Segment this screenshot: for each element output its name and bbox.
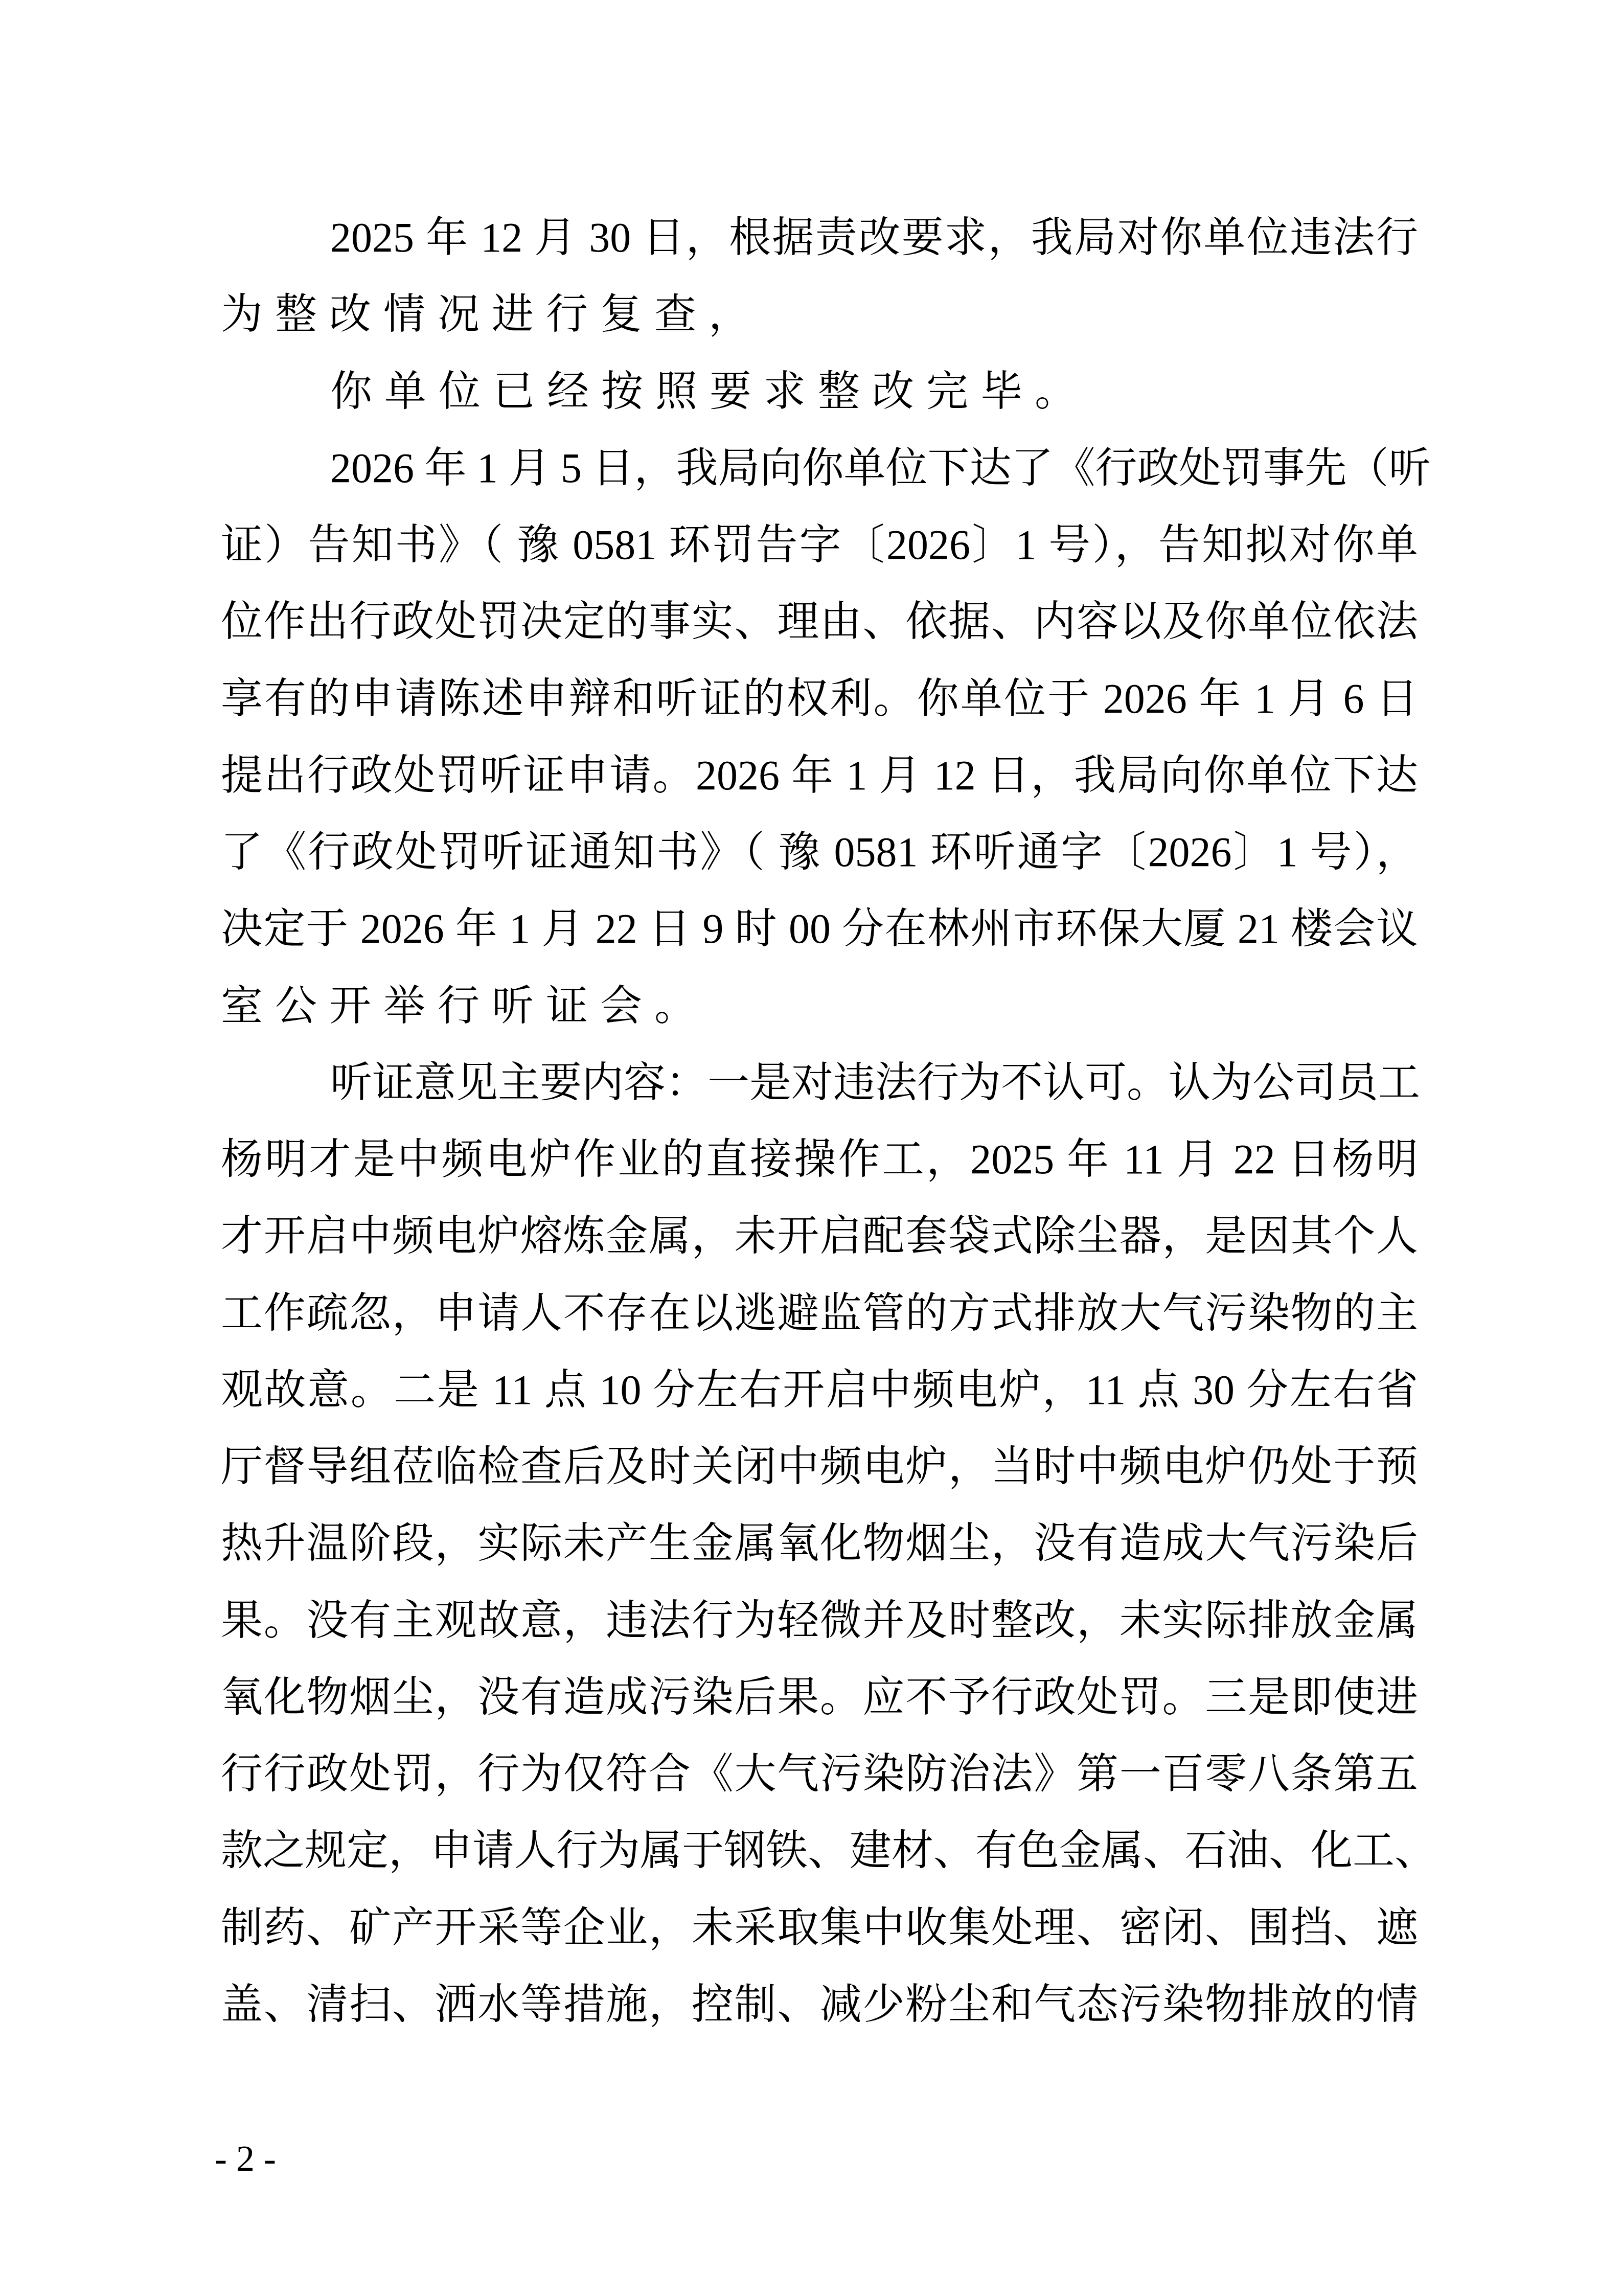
paragraph-3-line-1: 2026 年 1 月 5 日，我局向你单位下达了《行政处罚事先（听 [221, 445, 1418, 522]
paragraph-4-line-4: 工作疏忽，申请人不存在以逃避监管的方式排放大气污染物的主 [221, 1290, 1418, 1367]
paragraph-3-line-7: 决定于 2026 年 1 月 22 日 9 时 00 分在林州市环保大厦 21 … [221, 906, 1418, 983]
paragraph-4-line-3: 才开启中频电炉熔炼金属，未开启配套袋式除尘器，是因其个人 [221, 1213, 1418, 1290]
page-number: - 2 - [215, 2138, 276, 2179]
paragraph-1-line-1: 2025 年 12 月 30 日，根据责改要求，我局对你单位违法行 [221, 215, 1418, 291]
paragraph-2-line-1: 你单位已经按照要求整改完毕。 [221, 369, 1418, 445]
document-body: 2025 年 12 月 30 日，根据责改要求，我局对你单位违法行 为整改情况进… [221, 215, 1418, 2058]
paragraph-4-line-10: 行行政处罚，行为仅符合《大气污染防治法》第一百零八条第五 [221, 1751, 1418, 1828]
paragraph-3-line-8: 室公开举行听证会。 [221, 983, 1418, 1060]
paragraph-3-line-3: 位作出行政处罚决定的事实、理由、依据、内容以及你单位依法 [221, 599, 1418, 675]
paragraph-4-line-2: 杨明才是中频电炉作业的直接操作工，2025 年 11 月 22 日杨明 [221, 1136, 1418, 1213]
paragraph-4-line-11: 款之规定，申请人行为属于钢铁、建材、有色金属、石油、化工、 [221, 1828, 1418, 1904]
paragraph-3-line-5: 提出行政处罚听证申请。2026 年 1 月 12 日，我局向你单位下达 [221, 753, 1418, 829]
paragraph-3-line-6: 了《行政处罚听证通知书》（ 豫 0581 环听通字〔2026〕1 号）， [221, 829, 1418, 906]
paragraph-1-line-2: 为整改情况进行复查， [221, 291, 1418, 368]
document-page: 2025 年 12 月 30 日，根据责改要求，我局对你单位违法行 为整改情况进… [0, 0, 1622, 2296]
paragraph-4-line-1: 听证意见主要内容：一是对违法行为不认可。认为公司员工 [221, 1060, 1418, 1136]
paragraph-4-line-5: 观故意。二是 11 点 10 分左右开启中频电炉，11 点 30 分左右省 [221, 1367, 1418, 1444]
paragraph-4-line-13: 盖、清扫、洒水等措施，控制、减少粉尘和气态污染物排放的情 [221, 1982, 1418, 2058]
paragraph-4-line-6: 厅督导组莅临检查后及时关闭中频电炉，当时中频电炉仍处于预 [221, 1444, 1418, 1520]
paragraph-4-line-8: 果。没有主观故意，违法行为轻微并及时整改，未实际排放金属 [221, 1598, 1418, 1674]
paragraph-4-line-9: 氧化物烟尘，没有造成污染后果。应不予行政处罚。三是即使进 [221, 1674, 1418, 1751]
paragraph-3-line-4: 享有的申请陈述申辩和听证的权利。你单位于 2026 年 1 月 6 日 [221, 676, 1418, 753]
paragraph-4-line-12: 制药、矿产开采等企业，未采取集中收集处理、密闭、围挡、遮 [221, 1905, 1418, 1982]
paragraph-4-line-7: 热升温阶段，实际未产生金属氧化物烟尘，没有造成大气污染后 [221, 1520, 1418, 1597]
paragraph-3-line-2: 证）告知书》（ 豫 0581 环罚告字〔2026〕1 号），告知拟对你单 [221, 522, 1418, 599]
